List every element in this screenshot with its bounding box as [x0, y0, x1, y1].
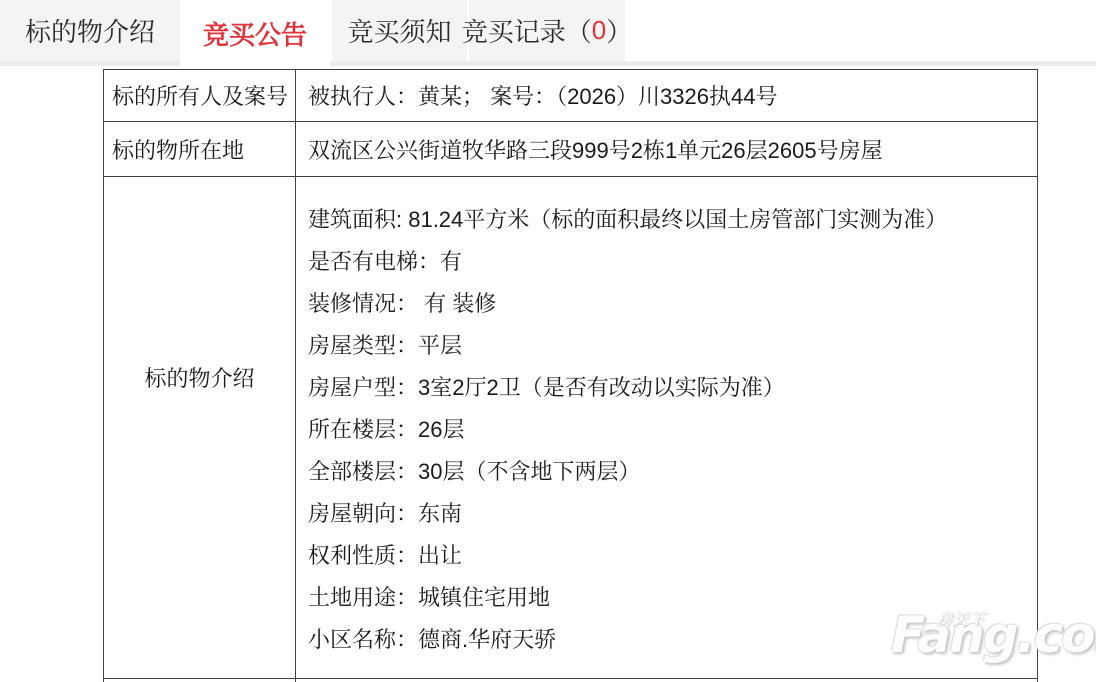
tab-property-intro[interactable]: 标的物介绍 [0, 0, 180, 61]
tab-bidding-notice[interactable]: 竞买须知 [330, 0, 467, 61]
auction-detail-page: 标的物介绍 竞买公告 竞买须知 竞买记录（0） 标的所有人及案号 被执行人：黄某… [0, 0, 1096, 682]
tab-bidding-announcement[interactable]: 竞买公告 [180, 0, 330, 66]
row-label-owner-case: 标的所有人及案号 [104, 70, 296, 121]
detail-line-land-use: 土地用途：城镇住宅用地 [308, 577, 1037, 619]
row-label-property-intro: 标的物介绍 [104, 177, 296, 678]
table-row-property-intro: 标的物介绍 建筑面积: 81.24平方米（标的面积最终以国土房管部门实测为准） … [104, 177, 1037, 679]
tab-bidding-records-label: 竞买记录（ [462, 12, 592, 49]
tab-bidding-records-suffix: ） [606, 12, 632, 49]
detail-line-community-name: 小区名称：德商.华府天骄 [308, 619, 1037, 661]
row-value-property-intro: 建筑面积: 81.24平方米（标的面积最终以国土房管部门实测为准） 是否有电梯：… [296, 177, 1037, 678]
tab-bidding-records[interactable]: 竞买记录（0） [467, 0, 625, 61]
detail-line-house-type: 房屋类型：平层 [308, 325, 1037, 367]
bidding-records-count: 0 [592, 15, 606, 46]
detail-line-building-area: 建筑面积: 81.24平方米（标的面积最终以国土房管部门实测为准） [308, 199, 1037, 241]
detail-line-rights-nature: 权利性质：出让 [308, 535, 1037, 577]
detail-line-total-floors: 全部楼层：30层（不含地下两层） [308, 451, 1037, 493]
row-label-property-intro-text: 标的物介绍 [104, 367, 295, 391]
row-label-location: 标的物所在地 [104, 122, 296, 176]
row-value-owner-case: 被执行人：黄某； 案号：（2026）川3326执44号 [296, 70, 1037, 121]
table-row-owner-case: 标的所有人及案号 被执行人：黄某； 案号：（2026）川3326执44号 [104, 70, 1037, 122]
detail-line-decoration: 装修情况： 有 装修 [308, 283, 1037, 325]
row-value-location: 双流区公兴街道牧华路三段999号2栋1单元26层2605号房屋 [296, 122, 1037, 176]
detail-line-floor: 所在楼层：26层 [308, 409, 1037, 451]
tab-bar: 标的物介绍 竞买公告 竞买须知 竞买记录（0） [0, 0, 1096, 66]
tab-list: 标的物介绍 竞买公告 竞买须知 竞买记录（0） [0, 0, 1096, 66]
property-detail-table: 标的所有人及案号 被执行人：黄某； 案号：（2026）川3326执44号 标的物… [103, 69, 1038, 682]
detail-line-orientation: 房屋朝向：东南 [308, 493, 1037, 535]
detail-line-elevator: 是否有电梯：有 [308, 241, 1037, 283]
table-row-location: 标的物所在地 双流区公兴街道牧华路三段999号2栋1单元26层2605号房屋 [104, 122, 1037, 177]
detail-line-layout: 房屋户型：3室2厅2卫（是否有改动以实际为准） [308, 367, 1037, 409]
